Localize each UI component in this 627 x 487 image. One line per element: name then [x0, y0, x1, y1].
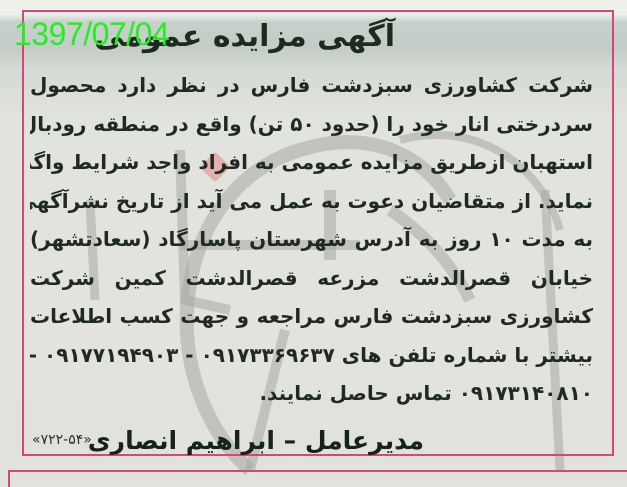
body-line: شرکت کشاورزی سبزدشت فارس در نظر دارد محص… [30, 66, 593, 105]
next-notice-border [8, 470, 627, 487]
body-line: به مدت ۱۰ روز به آدرس شهرستان پاسارگاد (… [30, 220, 593, 259]
body-line: نماید. از متقاضیان دعوت به عمل می آید از… [30, 182, 593, 221]
body-line-closing: ۰۹۱۷۳۱۴۰۸۱۰ تماس حاصل نمایند. [30, 374, 593, 413]
notice-body: شرکت کشاورزی سبزدشت فارس در نظر دارد محص… [30, 66, 593, 413]
reference-code: «۷۲۲-۵۴» [32, 432, 92, 448]
signature: مدیرعامل – ابراهیم انصاری [88, 428, 424, 453]
body-line: خیابان قصرالدشت مزرعه قصرالدشت کمین شرکت [30, 259, 593, 298]
body-line-phones: بیشتر با شماره تلفن های ۰۹۱۷۳۳۶۹۶۳۷ - ۰۹… [30, 336, 593, 375]
body-line: کشاورزی سبزدشت فارس مراجعه و جهت کسب اطل… [30, 297, 593, 336]
date-stamp: 1397/07/04 [14, 18, 169, 50]
body-line: سردرختی انار خود را (حدود ۵۰ تن) واقع در… [30, 105, 593, 144]
body-line: استهبان ازطریق مزایده عمومی به افراد واج… [30, 143, 593, 182]
